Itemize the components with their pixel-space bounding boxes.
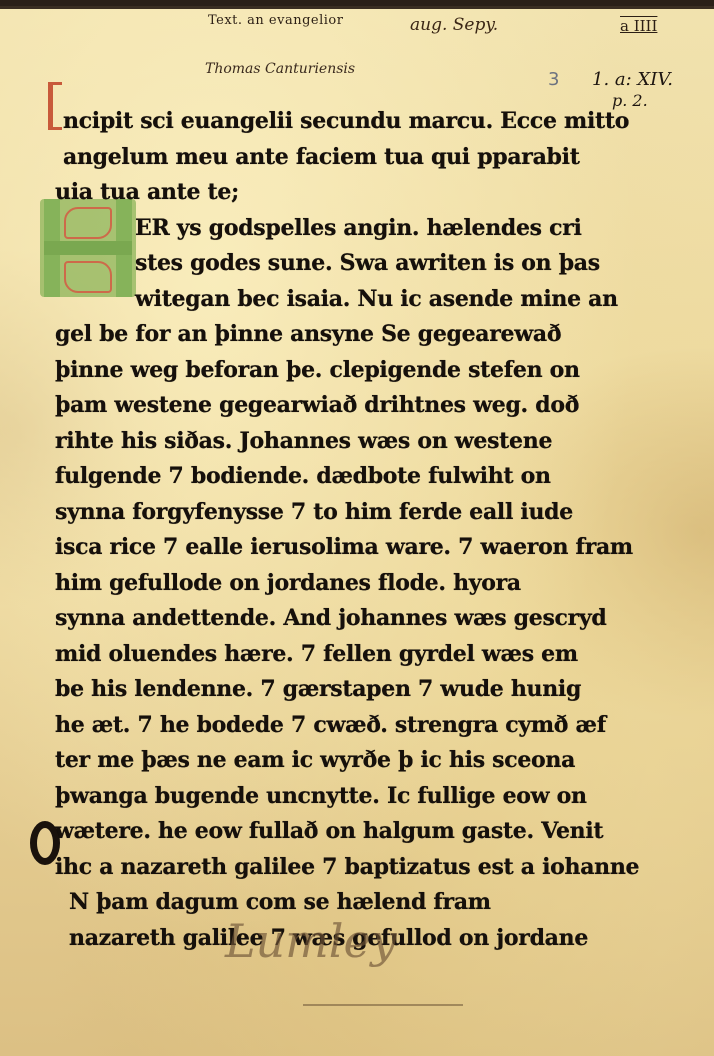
text-line: ter me þæs ne eam ic wyrðe þ ic his sceo… bbox=[55, 744, 625, 780]
text-line: be his lendenne. 7 gærstapen 7 wude huni… bbox=[55, 673, 625, 709]
text-line: ncipit sci euangelii secundu marcu. Ecce… bbox=[55, 105, 625, 141]
signature-flourish bbox=[303, 1004, 463, 1006]
text-line: þwanga bugende uncnytte. Ic fullige eow … bbox=[55, 780, 625, 816]
text-line: mid oluendes hære. 7 fellen gyrdel wæs e… bbox=[55, 638, 625, 674]
text-line: þam westene gegearwiað drihtnes weg. doð bbox=[55, 389, 625, 425]
text-line: rihte his siðas. Johannes wæs on westene bbox=[55, 425, 625, 461]
text-line: wætere. he eow fullað on halgum gaste. V… bbox=[55, 815, 625, 851]
text-line: stes godes sune. Swa awriten is on þas bbox=[55, 247, 625, 283]
shelfmark-annotation: aug. Sepy. bbox=[410, 15, 498, 35]
pencil-folio-number: 3 bbox=[548, 69, 559, 90]
marginal-title: Text. an evangelior bbox=[208, 13, 343, 28]
text-line: synna andettende. And johannes wæs gescr… bbox=[55, 602, 625, 638]
text-line: þinne weg beforan þe. clepigende stefen … bbox=[55, 354, 625, 390]
shelfmark-number: a IIII bbox=[620, 17, 657, 35]
text-line: he æt. 7 he bodede 7 cwæð. strengra cymð… bbox=[55, 709, 625, 745]
text-line: witegan bec isaia. Nu ic asende mine an bbox=[55, 283, 625, 319]
reference-line-1: 1. a: XIV. bbox=[592, 69, 673, 90]
ownership-inscription: Thomas Canturiensis bbox=[205, 61, 355, 77]
text-line: ER ys godspelles angin. hælendes cri bbox=[55, 212, 625, 248]
manuscript-page: Text. an evangelior aug. Sepy. a IIII Th… bbox=[0, 6, 714, 1053]
text-line: angelum meu ante faciem tua qui pparabit bbox=[55, 141, 625, 177]
text-line: ihc a nazareth galilee 7 baptizatus est … bbox=[55, 851, 625, 887]
text-line: isca rice 7 ealle ierusolima ware. 7 wae… bbox=[55, 531, 625, 567]
text-line: him gefullode on jordanes flode. hyora bbox=[55, 567, 625, 603]
lumley-signature: Lumley bbox=[225, 914, 397, 968]
text-line: gel be for an þinne ansyne Se gegearewað bbox=[55, 318, 625, 354]
text-line: uia tua ante te; bbox=[55, 176, 625, 212]
text-line: fulgende 7 bodiende. dædbote fulwiht on bbox=[55, 460, 625, 496]
text-line: synna forgyfenysse 7 to him ferde eall i… bbox=[55, 496, 625, 532]
manuscript-text: ncipit sci euangelii secundu marcu. Ecce… bbox=[55, 105, 625, 957]
